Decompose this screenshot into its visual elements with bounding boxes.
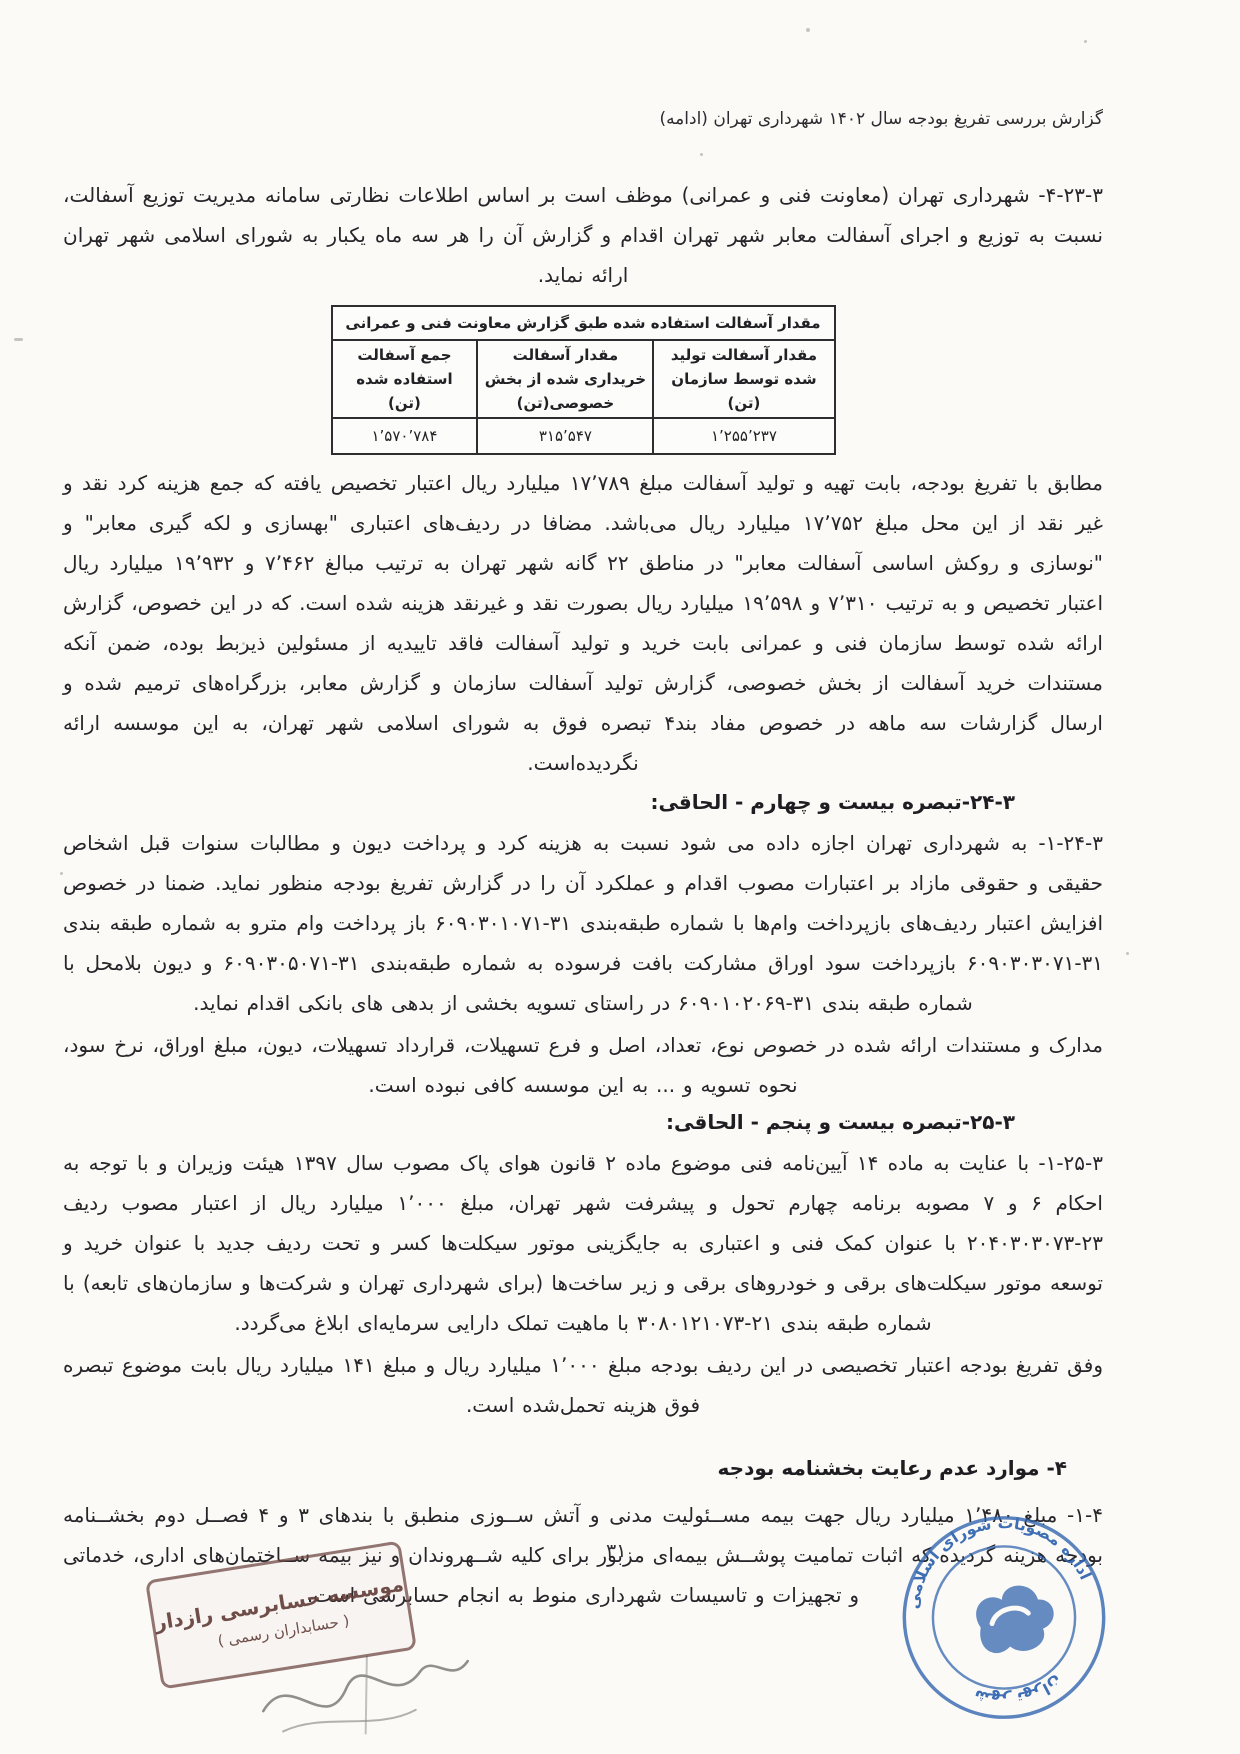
scan-speck — [60, 872, 63, 875]
value-purchased: ۳۱۵٬۵۴۷ — [477, 418, 653, 454]
paragraph-3-23-4: ؜۳-۲۳-۴- شهرداری تهران (معاونت فنی و عمر… — [63, 175, 1103, 295]
paragraph-3-24-1: ؜۳-۲۴-۱- به شهرداری تهران اجازه داده می … — [63, 823, 1103, 1023]
table-header-row: مقدار آسفالت تولید شده توسط سازمان (تن) … — [332, 340, 835, 418]
page-number: ۳۱ — [606, 1540, 626, 1562]
asphalt-table: مقدار آسفالت استفاده شده طبق گزارش معاون… — [331, 305, 836, 455]
scan-speck — [700, 153, 703, 156]
column-header-total: جمع آسفالت استفاده شده (تن) — [332, 340, 478, 418]
value-produced: ۱٬۲۵۵٬۲۳۷ — [653, 418, 834, 454]
paragraph-3-25-spent: وفق تفریغ بودجه اعتبار تخصیصی در این ردی… — [63, 1345, 1103, 1425]
paragraph-asphalt-review: مطابق با تفریغ بودجه، بابت تهیه و تولید … — [63, 463, 1103, 783]
council-stamp-ring-text-bottom: شهر تهران — [969, 1671, 1068, 1716]
document-page: گزارش بررسی تفریغ بودجه سال ۱۴۰۲ شهرداری… — [0, 0, 1240, 1754]
svg-text:شهر تهران: شهر تهران — [969, 1671, 1068, 1716]
table-title: مقدار آسفالت استفاده شده طبق گزارش معاون… — [332, 306, 835, 340]
scan-speck — [806, 28, 810, 32]
paragraph-3-25-1: ؜۳-۲۵-۱- با عنایت به ماده ۱۴ آیین‌نامه ف… — [63, 1143, 1103, 1343]
table-value-row: ۱٬۲۵۵٬۲۳۷ ۳۱۵٬۵۴۷ ۱٬۵۷۰٬۷۸۴ — [332, 418, 835, 454]
scan-speck — [242, 642, 245, 645]
council-stamp: اداره مصوبات شورای اسلامی شهر تهران — [875, 1487, 1133, 1747]
document-body: گزارش بررسی تفریغ بودجه سال ۱۴۰۲ شهرداری… — [63, 100, 1103, 1621]
heading-note-24: ؜۳-۲۴-تبصره بیست و چهارم - الحاقی: — [63, 789, 1103, 815]
column-header-purchased: مقدار آسفالت خریداری شده از بخش خصوصی(تن… — [477, 340, 653, 418]
paragraph-documents-insufficient: مدارک و مستندات ارائه شده در خصوص نوع، ت… — [63, 1025, 1103, 1105]
scan-speck — [1126, 952, 1129, 955]
heading-section-4: ۴- موارد عدم رعایت بخشنامه بودجه — [63, 1455, 1103, 1481]
value-total: ۱٬۵۷۰٬۷۸۴ — [332, 418, 478, 454]
report-header: گزارش بررسی تفریغ بودجه سال ۱۴۰۲ شهرداری… — [63, 108, 1103, 131]
table-title-row: مقدار آسفالت استفاده شده طبق گزارش معاون… — [332, 306, 835, 340]
signature-scribble — [248, 1632, 486, 1752]
column-header-produced: مقدار آسفالت تولید شده توسط سازمان (تن) — [653, 340, 834, 418]
scan-speck — [1084, 40, 1087, 43]
council-emblem-icon — [972, 1580, 1059, 1658]
scan-speck — [14, 338, 23, 341]
heading-note-25: ؜۳-۲۵-تبصره بیست و پنجم - الحاقی: — [63, 1109, 1103, 1135]
